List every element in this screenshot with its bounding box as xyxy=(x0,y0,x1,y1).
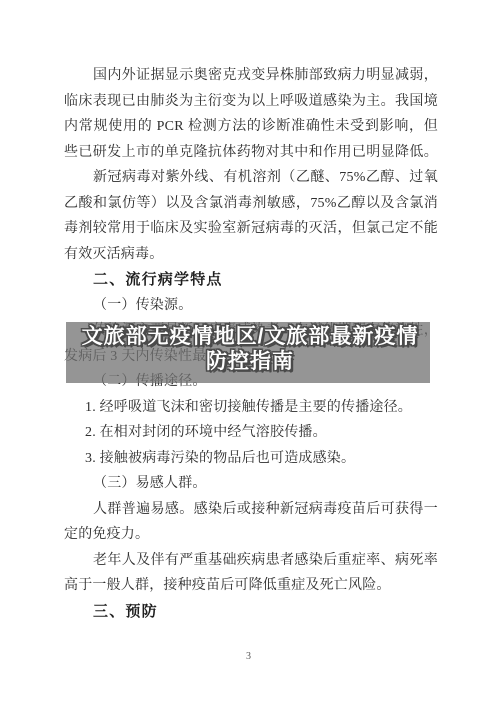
doc-line: 国内外证据显示奥密克戎变异株肺部致病力明显减弱， xyxy=(64,63,438,89)
doc-line: 新冠病毒对紫外线、有机溶剂（乙醚、75%乙醇、过氧 xyxy=(64,165,438,191)
doc-line: （三）易感人群。 xyxy=(64,471,438,497)
doc-line: 定的免疫力。 xyxy=(64,522,438,548)
doc-line: 1. 经呼吸道飞沫和密切接触传播是主要的传播途径。 xyxy=(64,395,438,421)
doc-line: 2. 在相对封闭的环境中经气溶胶传播。 xyxy=(64,420,438,446)
document-page: 国内外证据显示奥密克戎变异株肺部致病力明显减弱，临床表现已由肺炎为主衍变为以上呼… xyxy=(0,0,500,706)
doc-line: 临床表现已由肺炎为主衍变为以上呼吸道感染为主。我国境 xyxy=(64,89,438,115)
doc-line: 人群普遍易感。感染后或接种新冠病毒疫苗后可获得一 xyxy=(64,497,438,523)
page-number: 3 xyxy=(0,651,497,662)
doc-line: 3. 接触被病毒污染的物品后也可造成感染。 xyxy=(64,446,438,472)
doc-line: 毒剂较常用于临床及实验室新冠病毒的灭活，但氯己定不能 xyxy=(64,216,438,242)
doc-line: 老年人及伴有严重基础疾病患者感染后重症率、病死率 xyxy=(64,548,438,574)
caption-title-line2: 防控指南 xyxy=(0,349,500,374)
caption-title: 文旅部无疫情地区/文旅部最新疫情 防控指南 xyxy=(0,324,500,374)
doc-line: 高于一般人群，接种疫苗后可降低重症及死亡风险。 xyxy=(64,573,438,599)
doc-heading: 二、流行病学特点 xyxy=(64,267,438,293)
caption-title-line1: 文旅部无疫情地区/文旅部最新疫情 xyxy=(0,324,500,349)
doc-line: 些已研发上市的单克隆抗体药物对其中和作用已明显降低。 xyxy=(64,140,438,166)
doc-line: 内常规使用的 PCR 检测方法的诊断准确性未受到影响，但一 xyxy=(64,114,438,140)
doc-line: 乙酸和氯仿等）以及含氯消毒剂敏感，75%乙醇以及含氯消 xyxy=(64,191,438,217)
doc-line: （一）传染源。 xyxy=(64,293,438,319)
doc-line: 有效灭活病毒。 xyxy=(64,242,438,268)
doc-heading: 三、预防 xyxy=(64,599,438,625)
